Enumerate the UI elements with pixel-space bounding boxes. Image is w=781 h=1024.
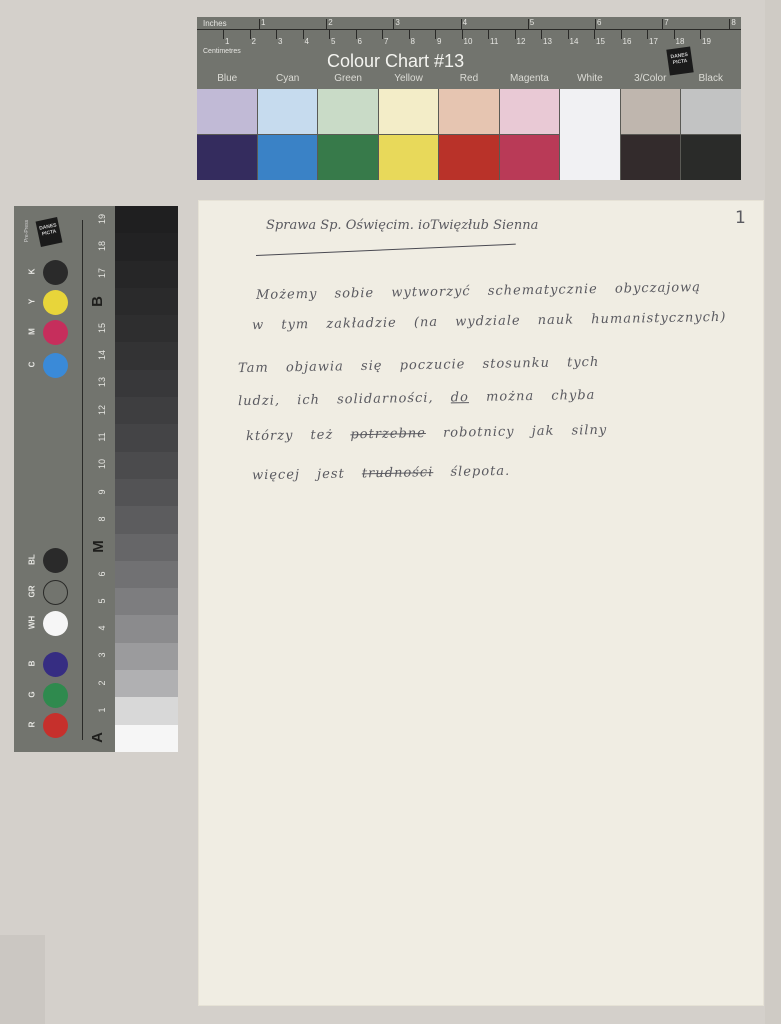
grey-scale-number: 5	[97, 593, 107, 609]
grey-step	[115, 506, 178, 533]
document-title: Sprawa Sp. Oświęcim. ioTwięzłub Sienna	[266, 218, 538, 233]
inch-tick	[461, 19, 462, 29]
cm-tick-label: 1	[225, 37, 229, 46]
grey-scale-letter: M	[90, 541, 107, 554]
color-dot-label: M	[28, 324, 37, 340]
divider-line	[82, 220, 83, 740]
color-dot-r	[43, 713, 68, 738]
grey-step	[115, 315, 178, 342]
cm-tick	[515, 29, 516, 39]
cm-tick-label: 17	[649, 37, 658, 46]
grey-scale-number: 15	[97, 320, 107, 336]
grey-step	[115, 670, 178, 697]
grey-step	[115, 615, 178, 642]
cm-tick	[409, 29, 410, 39]
inch-tick	[259, 19, 260, 29]
inch-tick	[595, 19, 596, 29]
swatch-cyan-dark	[258, 135, 318, 180]
swatch-label: White	[560, 73, 620, 87]
swatch-magenta-dark	[500, 135, 560, 180]
swatch-green-light	[318, 89, 378, 134]
swatch-yellow-dark	[379, 135, 439, 180]
swatch-black-light	[681, 89, 741, 134]
cm-tick	[488, 29, 489, 39]
colour-swatches	[197, 89, 741, 180]
color-dot-g	[43, 683, 68, 708]
color-dot-label: WH	[28, 615, 37, 631]
color-dot-label: C	[28, 357, 37, 373]
handwritten-line: w tym zakładzie (na wydziale nauk humani…	[252, 310, 727, 333]
grey-step	[115, 342, 178, 369]
struck-word: trudności	[362, 465, 434, 481]
grey-scale-number: 11	[97, 429, 107, 445]
color-dot-label: B	[28, 656, 37, 672]
cm-tick	[223, 29, 224, 39]
cm-tick	[568, 29, 569, 39]
grey-scale-letter: B	[89, 296, 106, 307]
color-dot-label: K	[28, 264, 37, 280]
struck-word: potrzebne	[350, 426, 426, 442]
swatch-green-dark	[318, 135, 378, 180]
background-shade	[0, 935, 45, 1024]
cm-tick	[621, 29, 622, 39]
cm-tick-label: 7	[384, 37, 388, 46]
grey-step	[115, 233, 178, 260]
color-dot-label: R	[28, 717, 37, 733]
cm-tick-label: 4	[305, 37, 309, 46]
swatch-label: Blue	[197, 73, 257, 87]
cm-tick	[276, 29, 277, 39]
inch-tick-label: 4	[463, 18, 467, 27]
grey-scale-number: 9	[97, 484, 107, 500]
color-dot-bl	[43, 548, 68, 573]
cm-tick	[382, 29, 383, 39]
colour-chart: Inches 123456781234567891011121314151617…	[197, 17, 741, 180]
cm-tick-label: 13	[543, 37, 552, 46]
grey-step	[115, 424, 178, 451]
grey-scale-number: 8	[97, 511, 107, 527]
cm-tick	[647, 29, 648, 39]
inch-tick-label: 6	[597, 18, 601, 27]
swatch-cyan-light	[258, 89, 318, 134]
swatch-label: Black	[681, 73, 741, 87]
swatch-labels: BlueCyanGreenYellowRedMagentaWhite3/Colo…	[197, 73, 741, 87]
grey-step	[115, 397, 178, 424]
color-dot-c	[43, 353, 68, 378]
cm-tick	[250, 29, 251, 39]
grey-step	[115, 370, 178, 397]
cm-tick-label: 16	[623, 37, 632, 46]
color-dot-label: G	[28, 687, 37, 703]
ruler-baseline	[197, 29, 741, 30]
cm-tick	[541, 29, 542, 39]
grey-step	[115, 452, 178, 479]
handwritten-line: którzy też potrzebne robotnicy jak silny	[246, 423, 607, 444]
swatch-black-dark	[681, 135, 741, 180]
cm-tick	[594, 29, 595, 39]
grey-scale-letter: A	[89, 732, 106, 743]
color-dot-label: BL	[28, 552, 37, 568]
cm-tick-label: 2	[252, 37, 256, 46]
inch-tick-label: 3	[395, 18, 399, 27]
grey-step	[115, 288, 178, 315]
grey-step	[115, 643, 178, 670]
color-dot-m	[43, 320, 68, 345]
grey-step	[115, 725, 178, 752]
grey-step	[115, 561, 178, 588]
grey-scale-number: 12	[97, 402, 107, 418]
inch-tick-label: 8	[731, 18, 735, 27]
inch-tick	[528, 19, 529, 29]
grey-steps	[115, 206, 178, 752]
cm-tick-label: 10	[464, 37, 473, 46]
swatch-3-color-dark	[621, 135, 681, 180]
swatch-blue-dark	[197, 135, 257, 180]
grey-scale-number: 2	[97, 675, 107, 691]
swatch-red-dark	[439, 135, 499, 180]
color-dot-k	[43, 260, 68, 285]
inch-tick-label: 7	[664, 18, 668, 27]
color-dot-label: GR	[28, 584, 37, 600]
page-number: 1	[735, 208, 746, 228]
cm-tick-label: 9	[437, 37, 441, 46]
grey-scale-number: 10	[97, 456, 107, 472]
cm-tick	[329, 29, 330, 39]
handwritten-line: ludzi, ich solidarności, do można chyba	[238, 388, 596, 409]
cm-tick	[435, 29, 436, 39]
inch-tick	[393, 19, 394, 29]
color-dot-y	[43, 290, 68, 315]
grey-step	[115, 479, 178, 506]
grey-scale-number: 6	[97, 566, 107, 582]
inch-tick-label: 1	[261, 18, 265, 27]
swatch-label: Magenta	[499, 73, 559, 87]
inch-tick	[326, 19, 327, 29]
handwritten-line: więcej jest trudności ślepota.	[252, 464, 510, 484]
grey-step	[115, 534, 178, 561]
danes-picta-logo: DANES PICTA	[666, 46, 693, 75]
cm-tick	[356, 29, 357, 39]
cm-tick-label: 6	[358, 37, 362, 46]
handwritten-page: 1 Sprawa Sp. Oświęcim. ioTwięzłub Sienna…	[198, 200, 764, 1006]
swatch-label: Red	[439, 73, 499, 87]
cm-tick	[700, 29, 701, 39]
title-underline	[256, 244, 516, 256]
grey-scale-number: 17	[97, 265, 107, 281]
grey-scale-number: 3	[97, 647, 107, 663]
cm-tick	[462, 29, 463, 39]
grey-step	[115, 588, 178, 615]
color-dot-wh	[43, 611, 68, 636]
background-shade	[765, 0, 781, 1024]
grey-scale-chart: Pre-Press DANES PICTA Grey Scale #13 191…	[14, 206, 178, 752]
handwritten-line: Możemy sobie wytworzyć schematycznie oby…	[256, 280, 701, 303]
grey-step	[115, 697, 178, 724]
grey-scale-number: 13	[97, 374, 107, 390]
grey-scale-number: 19	[97, 211, 107, 227]
grey-scale-number: 18	[97, 238, 107, 254]
swatch-magenta-light	[500, 89, 560, 134]
swatch-white-light	[560, 89, 620, 180]
cm-tick-label: 18	[676, 37, 685, 46]
inch-tick	[662, 19, 663, 29]
color-dot-gr	[43, 580, 68, 605]
grey-step	[115, 261, 178, 288]
cm-tick	[303, 29, 304, 39]
swatch-label: Green	[318, 73, 378, 87]
cm-tick-label: 5	[331, 37, 335, 46]
swatch-label: Cyan	[257, 73, 317, 87]
grey-scale-number: 14	[97, 347, 107, 363]
handwritten-line: Tam objawia się poczucie stosunku tych	[238, 355, 600, 376]
centimetres-label: Centimetres	[203, 48, 241, 55]
cm-tick-label: 3	[278, 37, 282, 46]
danes-picta-logo: DANES PICTA	[36, 217, 63, 247]
inch-tick	[729, 19, 730, 29]
swatch-yellow-light	[379, 89, 439, 134]
inch-tick-label: 2	[328, 18, 332, 27]
swatch-blue-light	[197, 89, 257, 134]
gs-small-text: Pre-Press	[24, 220, 30, 242]
cm-tick-label: 8	[411, 37, 415, 46]
ruler: Inches 123456781234567891011121314151617…	[197, 17, 741, 55]
cm-tick-label: 11	[490, 37, 498, 46]
swatch-label: 3/Color	[620, 73, 680, 87]
color-dot-b	[43, 652, 68, 677]
inch-tick-label: 5	[530, 18, 534, 27]
cm-tick-label: 14	[570, 37, 579, 46]
cm-tick	[674, 29, 675, 39]
cm-tick-label: 15	[596, 37, 605, 46]
grey-scale-number: 1	[97, 702, 107, 718]
colour-chart-title: Colour Chart #13	[327, 51, 464, 72]
inches-label: Inches	[203, 19, 227, 28]
struck-word: do	[451, 390, 469, 405]
swatch-red-light	[439, 89, 499, 134]
grey-step	[115, 206, 178, 233]
cm-tick-label: 19	[702, 37, 711, 46]
grey-scale-number: 4	[97, 620, 107, 636]
swatch-label: Yellow	[378, 73, 438, 87]
color-dot-label: Y	[28, 294, 37, 310]
cm-tick-label: 12	[517, 37, 526, 46]
swatch-3-color-light	[621, 89, 681, 134]
